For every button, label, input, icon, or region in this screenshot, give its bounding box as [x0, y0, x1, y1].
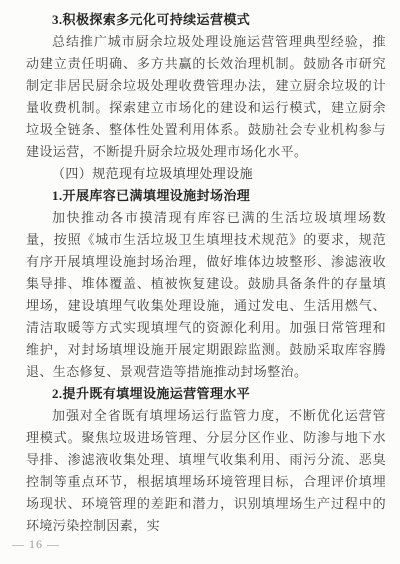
page-number: — 16 — [12, 537, 60, 551]
section-heading-3-diversified-operation: 3.积极探索多元化可持续运营模式 [26, 9, 386, 31]
paragraph-landfill-management: 加强对全省既有填埋场运行监管力度，不断优化运营管理模式。聚焦垃圾进场管理、分层分… [26, 405, 386, 537]
document-body: 3.积极探索多元化可持续运营模式 总结推广城市厨余垃圾处理设施运营管理典型经验，… [26, 9, 386, 537]
subsection-heading-4-landfill-facilities: （四）规范现有垃圾填埋处理设施 [26, 163, 386, 185]
document-page: 3.积极探索多元化可持续运营模式 总结推广城市厨余垃圾处理设施运营管理典型经验，… [0, 0, 400, 564]
section-heading-1-landfill-closure: 1.开展库容已满填埋设施封场治理 [26, 185, 386, 207]
paragraph-kitchen-waste-operation: 总结推广城市厨余垃圾处理设施运营管理典型经验，推动建立责任明确、多方共赢的长效治… [26, 31, 386, 163]
paragraph-landfill-closure: 加快推动各市摸清现有库容已满的生活垃圾填埋场数量，按照《城市生活垃圾卫生填埋技术… [26, 207, 386, 383]
section-heading-2-landfill-management: 2.提升既有填埋设施运营管理水平 [26, 383, 386, 405]
